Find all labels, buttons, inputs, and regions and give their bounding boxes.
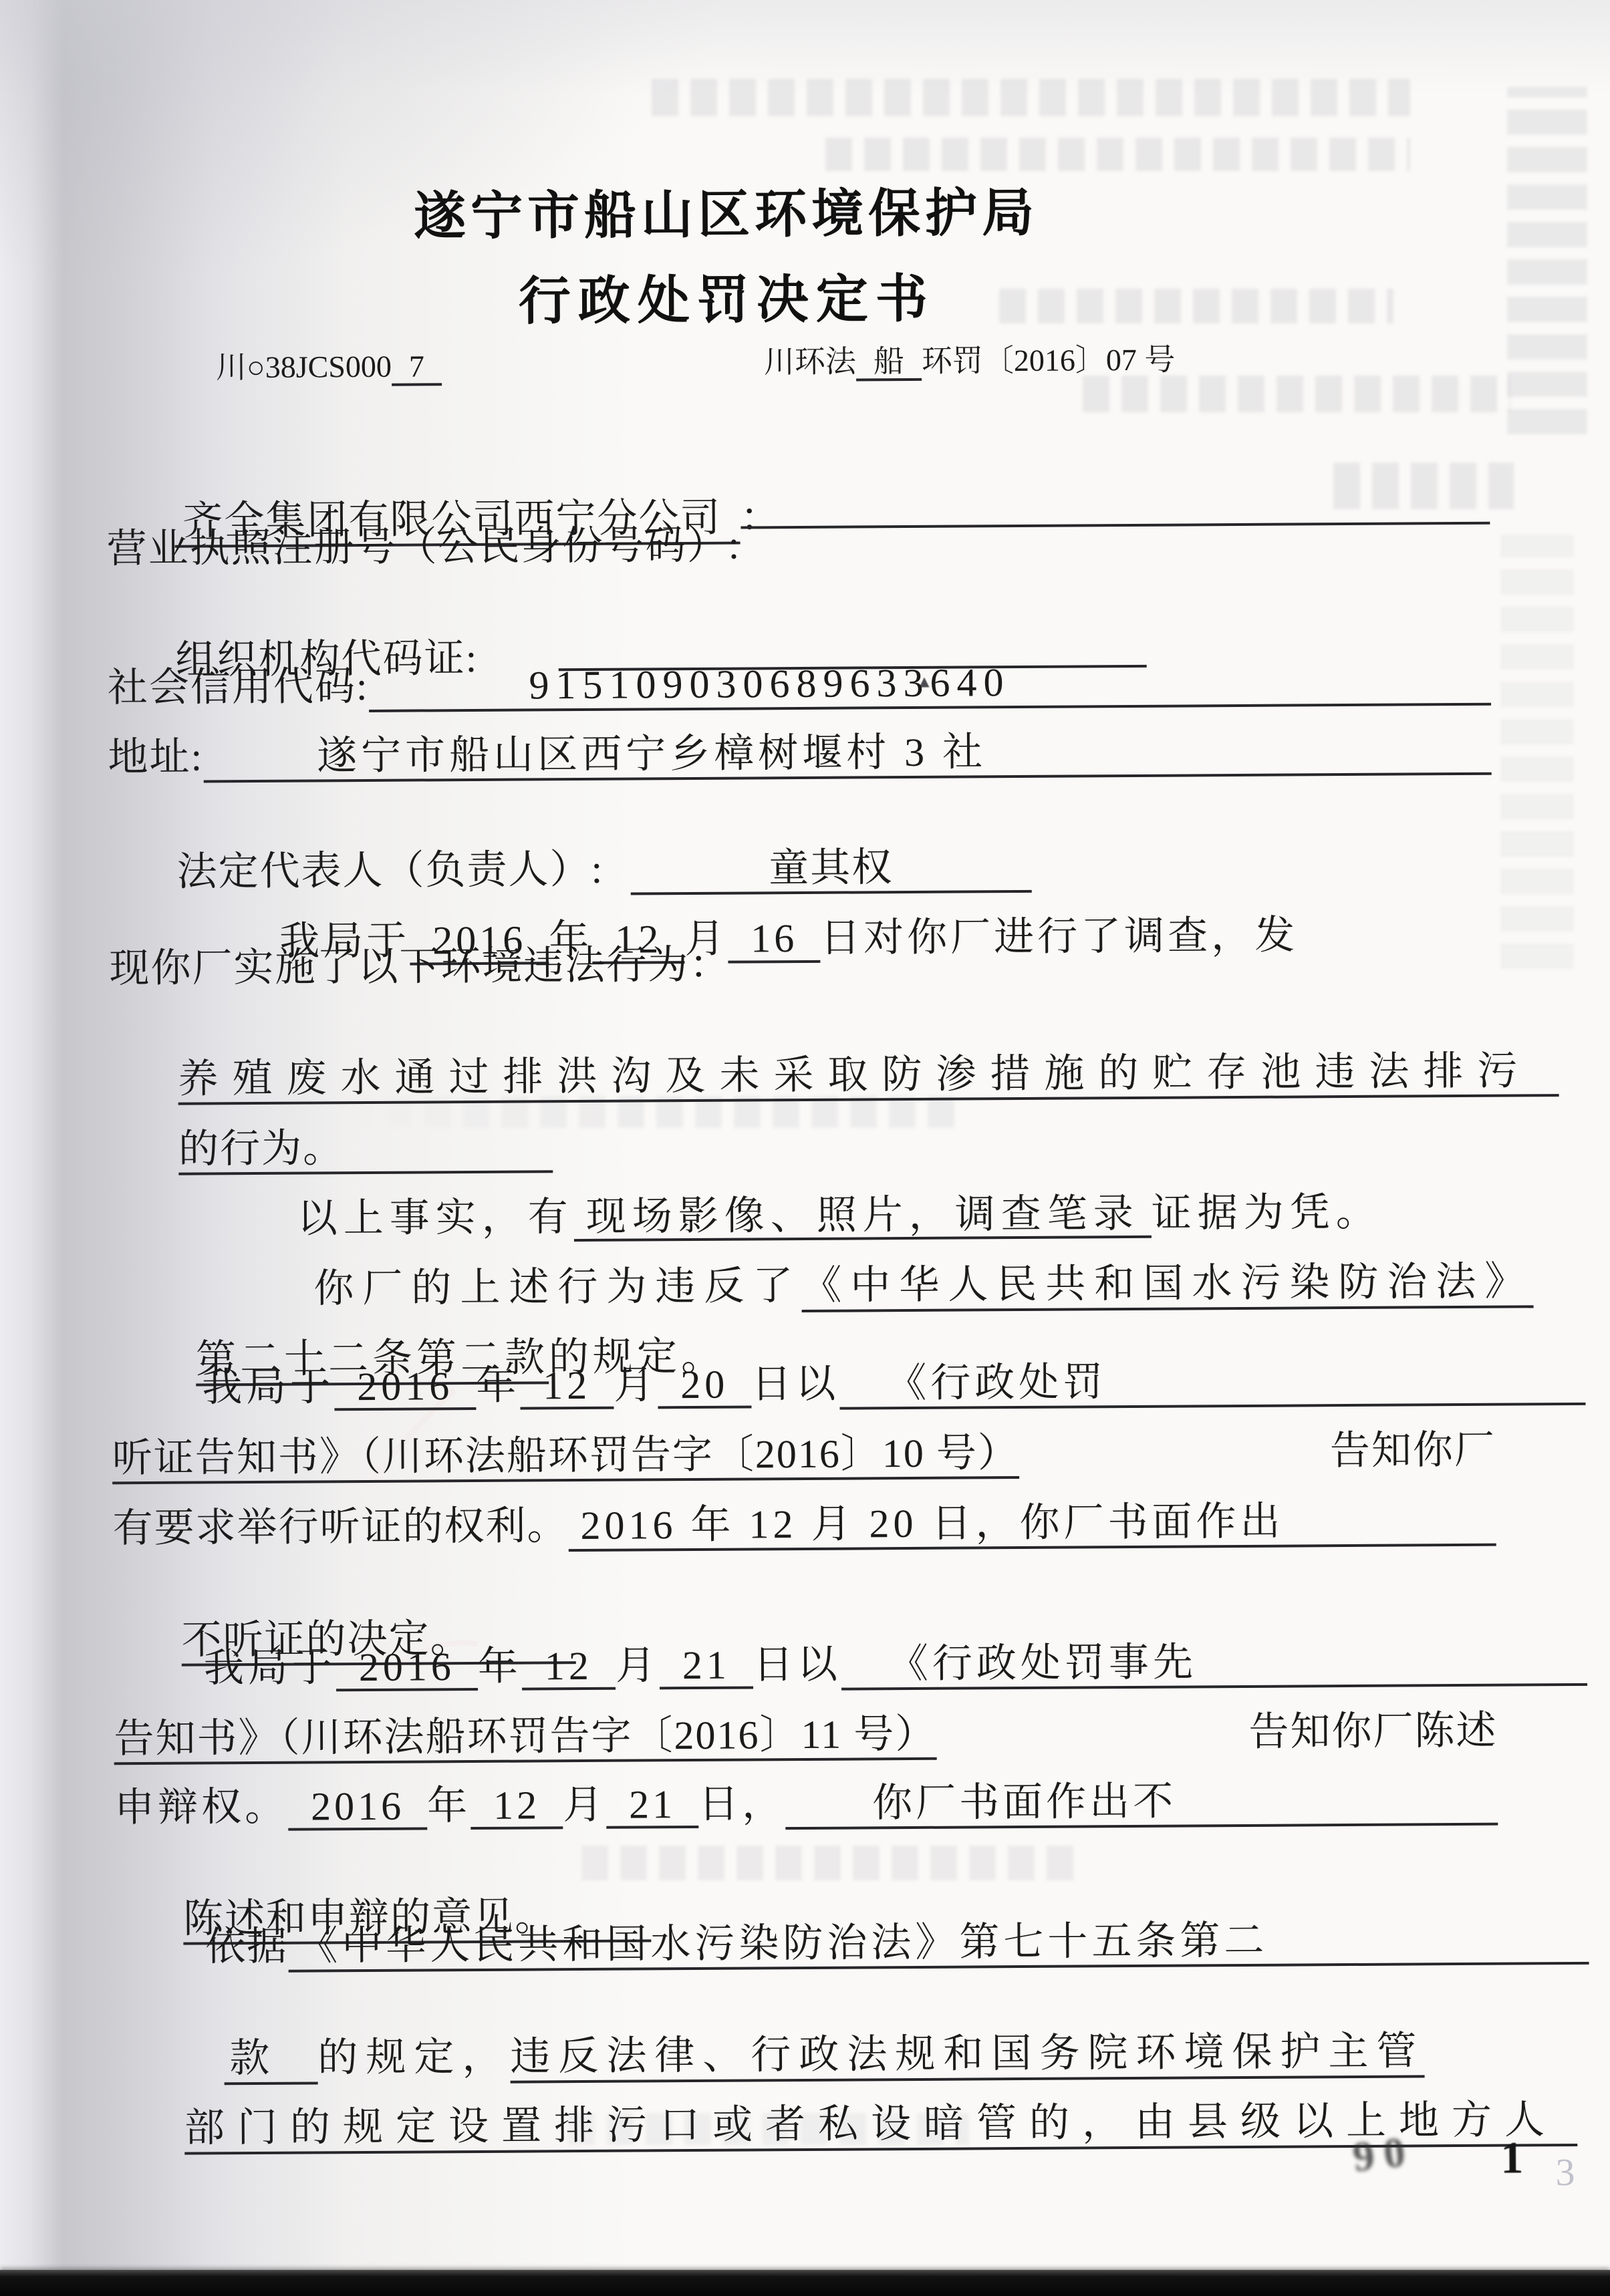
text: 月 bbox=[616, 1644, 660, 1687]
address-label: 地址: bbox=[108, 736, 203, 778]
text: 依据 bbox=[205, 1926, 288, 1969]
serial-fill: 7 bbox=[392, 349, 442, 386]
orgcode-line: 组织机构代码证:▴ bbox=[107, 589, 1491, 668]
text: 告知你厂陈述 bbox=[1248, 1710, 1497, 1753]
statement-right-line: 申辩权。2016年12月21日，你厂书面作出不 bbox=[114, 1779, 1498, 1857]
statement-month: 12 bbox=[471, 1784, 563, 1830]
text: 年 bbox=[476, 1365, 520, 1407]
hearing-day: 20 bbox=[658, 1363, 751, 1409]
credit-code-label: 社会信用代码: bbox=[108, 666, 369, 709]
prior-doc-title-start: 《行政处罚事先 bbox=[841, 1639, 1587, 1691]
prior-day: 21 bbox=[660, 1644, 753, 1689]
page-number-ghost: 3 bbox=[1555, 2150, 1575, 2194]
text: 我局于 bbox=[204, 1646, 336, 1689]
violation-line-1: 养殖废水通过排洪沟及未采取防渗措施的贮存池违法排污 bbox=[110, 1008, 1494, 1087]
basis-line-1: 依据《中华人民共和国水污染防治法》第七十五条第二 bbox=[115, 1918, 1589, 1996]
hearing-notice-line: 我局于2016年12月20日以《行政处罚 bbox=[112, 1358, 1586, 1437]
legal-rep-line: 法定代表人（负责人）:童其权 bbox=[108, 801, 1492, 879]
prior-doc-title-rest: 告知书》（川环法船环罚告字〔2016〕11 号） bbox=[114, 1713, 936, 1765]
violation-line-2: 的行为。 bbox=[110, 1079, 1494, 1157]
investigation-line: 我局于2016年12月16日对你厂进行了调查，发 bbox=[109, 871, 1583, 949]
address-value: 遂宁市船山区西宁乡樟树堰村 3 社 bbox=[203, 728, 1492, 783]
docno-fill: 船 bbox=[856, 344, 922, 382]
basis-law-title: 《中华人民共和国水污染防治法》第七十五条第二 bbox=[288, 1918, 1589, 1973]
text: 日以 bbox=[753, 1644, 841, 1687]
hearing-doc-title-start: 《行政处罚 bbox=[839, 1358, 1585, 1410]
hearing-year: 2016 bbox=[334, 1365, 476, 1411]
license-line: 营业执照注册号（公民身份号码）: bbox=[106, 520, 1490, 598]
prior-notice-line: 我局于2016年12月21日以《行政处罚事先 bbox=[114, 1639, 1588, 1717]
text: 月 bbox=[563, 1784, 606, 1826]
statement-day: 21 bbox=[606, 1783, 698, 1829]
docno-prefix: 川环法 bbox=[764, 344, 856, 379]
hearing-waive-date: 2016 年 12 月 20 日，你厂书面作出 bbox=[568, 1499, 1496, 1552]
text: 年 bbox=[478, 1646, 522, 1688]
statement-waive-line: 陈述和申辩的意见。 bbox=[115, 1848, 1499, 1926]
prior-notice-line-2: 告知书》（川环法船环罚告字〔2016〕11 号）告知你厂陈述 bbox=[114, 1710, 1498, 1788]
scanner-edge-strip bbox=[0, 2270, 1610, 2296]
hearing-notice-line-2: 听证告知书》（川环法船环罚告字〔2016〕10 号）告知你厂 bbox=[112, 1429, 1496, 1508]
statement-year: 2016 bbox=[288, 1785, 427, 1830]
basis-line-2: 款的规定，违反法律、行政法规和国务院环境保护主管 bbox=[116, 1988, 1500, 2066]
document-number: 川环法船环罚〔2016〕07 号 bbox=[764, 335, 1176, 382]
page-number: 1 bbox=[1500, 2131, 1523, 2184]
hearing-right-line: 有要求举行听证的权利。2016 年 12 月 20 日，你厂书面作出 bbox=[112, 1499, 1496, 1578]
docno-suffix: 环罚〔2016〕07 号 bbox=[922, 343, 1176, 378]
text: 告知你厂 bbox=[1330, 1429, 1496, 1473]
address-line: 地址:遂宁市船山区西宁乡樟树堰村 3 社 bbox=[108, 728, 1492, 807]
law-clause-line: 第二十二条第二款的规定。 bbox=[111, 1289, 1495, 1367]
evidence-line: 以上事实，有现场影像、照片，调查笔录证据为凭。 bbox=[110, 1148, 1585, 1226]
license-label: 营业执照注册号（公民身份号码）: bbox=[106, 525, 741, 571]
hearing-month: 12 bbox=[520, 1365, 614, 1410]
text: 年 bbox=[427, 1785, 471, 1827]
prior-month: 12 bbox=[522, 1645, 616, 1691]
found-line: 现你厂实施了以下环境违法行为： bbox=[109, 940, 1493, 1018]
hearing-waive-line: 不听证的决定。 bbox=[113, 1570, 1497, 1648]
stamp-smudge: 90 bbox=[1351, 2126, 1418, 2182]
text: 我局于 bbox=[202, 1366, 334, 1409]
text: 日， bbox=[698, 1783, 785, 1826]
company-line: 齐全集团有限公司西宁分公司： bbox=[106, 450, 1490, 529]
text: 申辩权。 bbox=[114, 1786, 288, 1830]
serial-number: 川○38JCS0007 bbox=[216, 341, 442, 387]
hearing-doc-title-rest: 听证告知书》（川环法船环罚告字〔2016〕10 号） bbox=[112, 1432, 1019, 1484]
text: 日以 bbox=[751, 1363, 839, 1406]
prior-year: 2016 bbox=[336, 1646, 478, 1691]
credit-code-line: 社会信用代码:915109030689633640 bbox=[108, 659, 1492, 737]
basis-line-3: 部门的规定设置排污口或者私设暗管的，由县级以上地方人 bbox=[116, 2057, 1500, 2136]
credit-code-value: 915109030689633640 bbox=[368, 659, 1491, 712]
scanned-document-page: 遂宁市船山区环境保护局 行政处罚决定书 川○38JCS0007 川环法船环罚〔2… bbox=[0, 0, 1610, 2296]
serial-prefix: 川○38JCS000 bbox=[216, 349, 392, 385]
document-title-agency: 遂宁市船山区环境保护局 bbox=[34, 168, 1418, 252]
document-content: 遂宁市船山区环境保护局 行政处罚决定书 川○38JCS0007 川环法船环罚〔2… bbox=[0, 0, 1610, 2296]
text: 有要求举行听证的权利。 bbox=[112, 1505, 568, 1550]
text: 月 bbox=[614, 1364, 658, 1406]
document-title-type: 行政处罚决定书 bbox=[35, 254, 1419, 337]
law-violated-line: 你厂的上述行为违反了《中华人民共和国水污染防治法》 bbox=[111, 1218, 1585, 1296]
statement-waive-text: 你厂书面作出不 bbox=[785, 1779, 1498, 1830]
